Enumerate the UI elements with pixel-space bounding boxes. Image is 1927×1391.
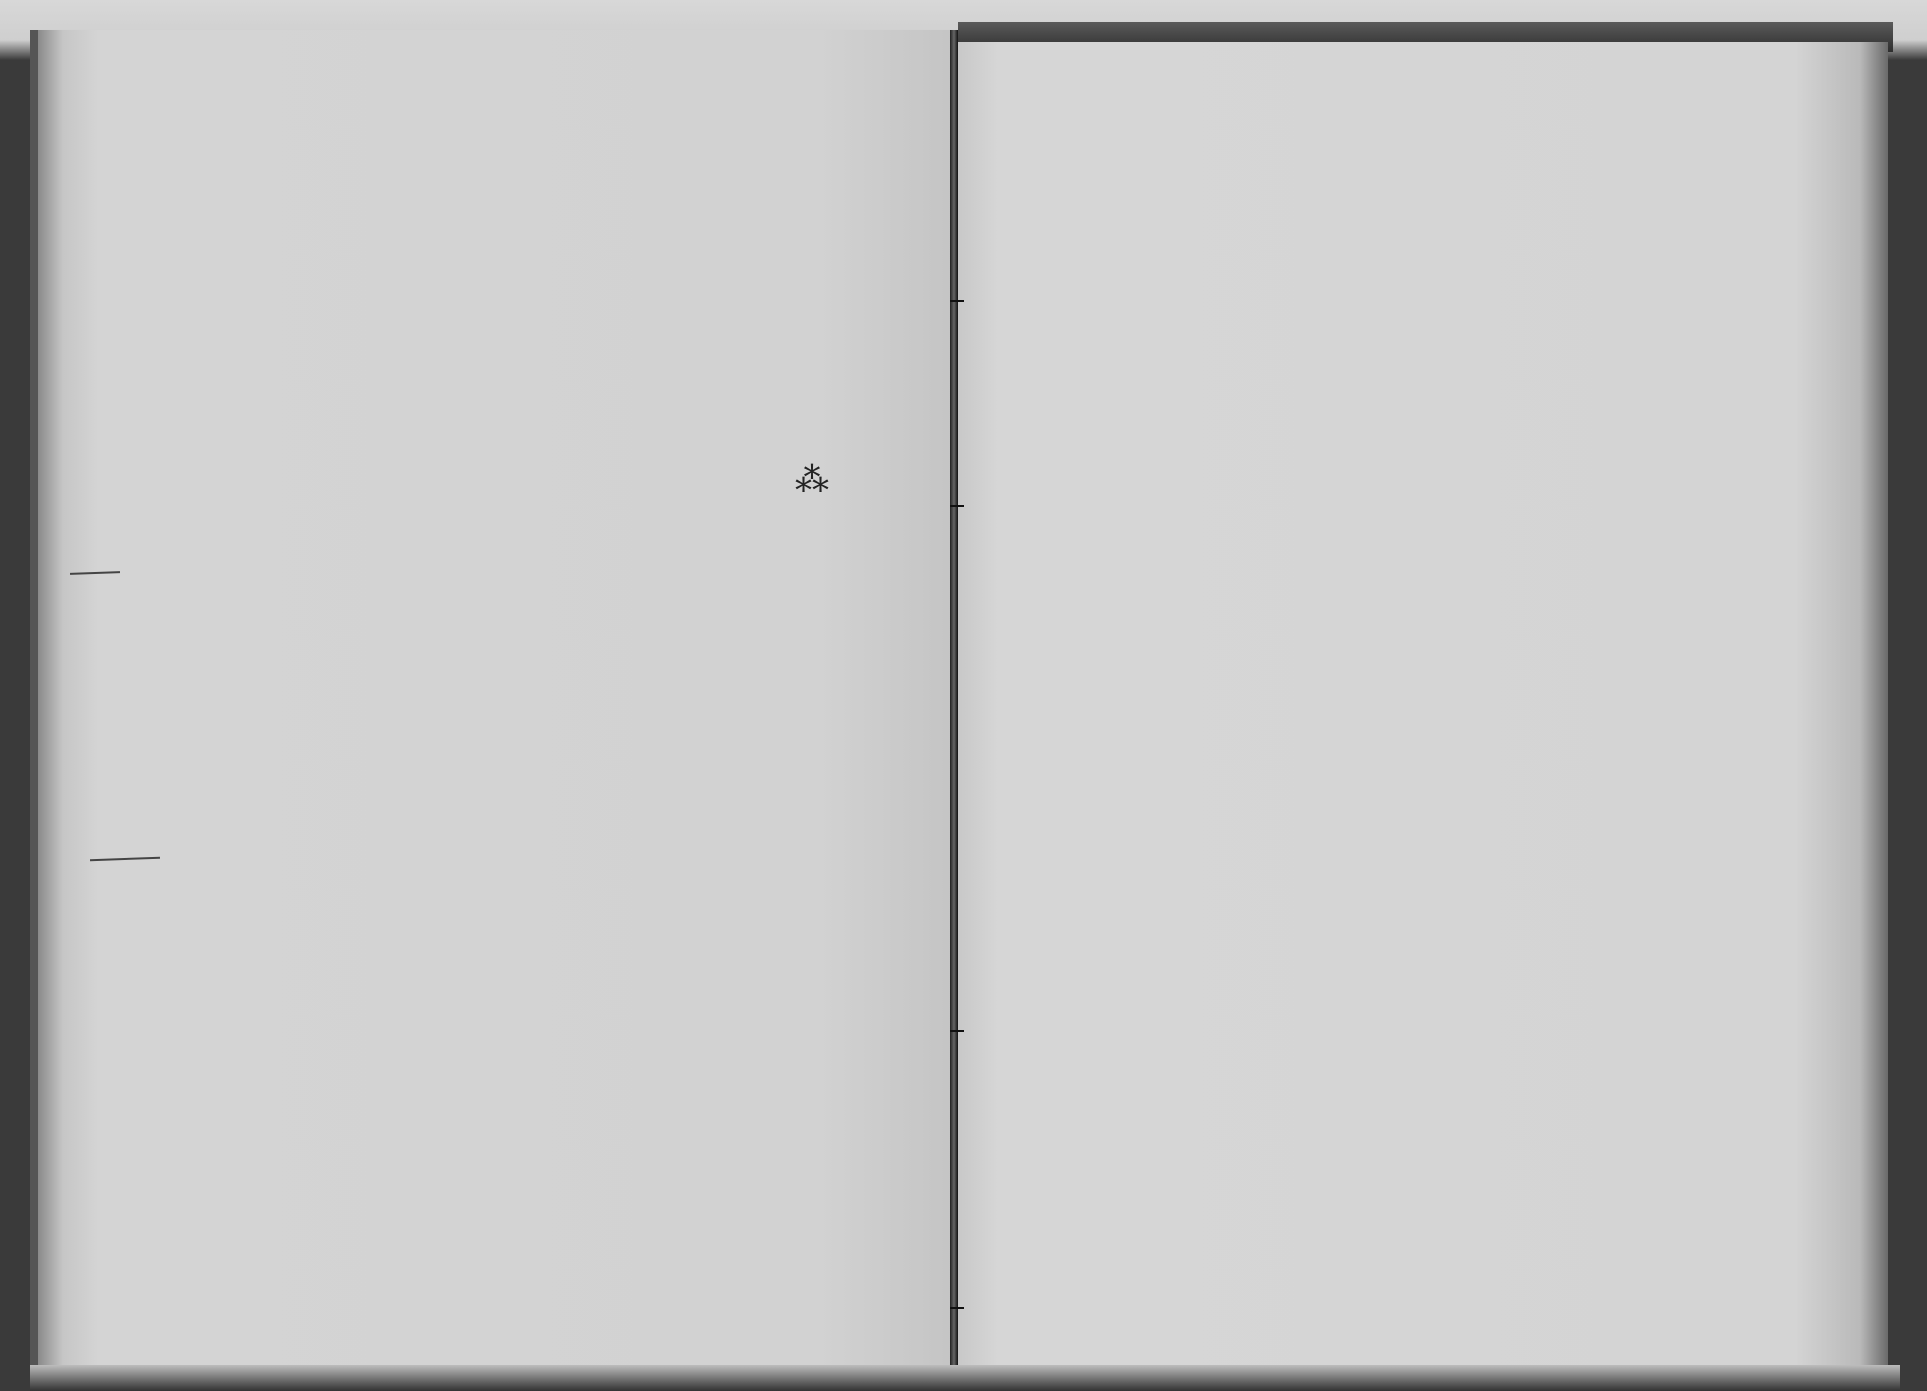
right-page — [958, 42, 1888, 1372]
left-page — [30, 30, 956, 1370]
gutter-tick — [950, 505, 964, 507]
gutter-tick — [950, 1307, 964, 1309]
gutter-tick — [950, 300, 964, 302]
gutter-tick — [950, 1030, 964, 1032]
page-bottom-edge — [30, 1365, 1900, 1391]
paraph-flourish-icon: ⁂ — [795, 460, 829, 500]
book-gutter — [950, 30, 958, 1375]
